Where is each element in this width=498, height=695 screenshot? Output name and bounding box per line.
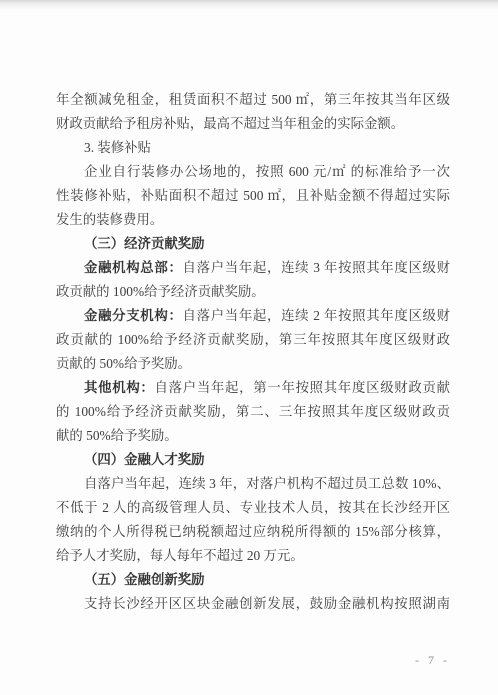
text-line: 3. 装修补贴 (56, 136, 450, 160)
text-line: 性装修补贴，补贴面积不超过 500 ㎡，且补贴金额不得超过实际 (56, 184, 450, 208)
text-line: 财政贡献给予租房补贴，最高不超过当年租金的实际金额。 (56, 112, 450, 136)
text-line: 发生的装修费用。 (56, 208, 450, 232)
paragraph-lead: 其他机构： (84, 380, 155, 395)
text-line: 缴纳的个人所得税已纳税额超过应纳税所得额的 15%部分核算， (56, 520, 450, 544)
page-number: - 7 - (415, 653, 450, 668)
text-line: 金融机构总部：自落户当年起，连续 3 年按照其年度区级财 (56, 256, 450, 280)
text-line: （四）金融人才奖励 (56, 448, 450, 472)
scan-top-edge (0, 0, 498, 10)
text-line: 献的 50%给予奖励。 (56, 424, 450, 448)
text-line: 政贡献的 100%给予经济贡献奖励，第三年按照其年度区级财政 (56, 328, 450, 352)
text-line: 的 100%给予经济贡献奖励，第二、三年按照其年度区级财政贡 (56, 400, 450, 424)
text-line: 年全额减免租金，租赁面积不超过 500 ㎡，第三年按其当年区级 (56, 88, 450, 112)
scanned-document-page: 年全额减免租金，租赁面积不超过 500 ㎡，第三年按其当年区级财政贡献给予租房补… (0, 0, 498, 695)
text-line: 给予人才奖励，每人每年不超过 20 万元。 (56, 544, 450, 568)
text-line: 政贡献的 100%给予经济贡献奖励。 (56, 280, 450, 304)
text-line: 企业自行装修办公场地的，按照 600 元/㎡ 的标准给予一次 (56, 160, 450, 184)
text-line: （五）金融创新奖励 (56, 568, 450, 592)
text-line: 其他机构：自落户当年起，第一年按照其年度区级财政贡献 (56, 376, 450, 400)
text-line: 贡献的 50%给予奖励。 (56, 352, 450, 376)
text-line: 支持长沙经开区区块金融创新发展，鼓励金融机构按照湖南 (56, 592, 450, 616)
paragraph-lead: 金融机构总部： (84, 260, 183, 275)
text-line: 自落户当年起，连续 3 年，对落户机构不超过员工总数 10%、 (56, 472, 450, 496)
text-line: 不低于 2 人的高级管理人员、专业技术人员，按其在长沙经开区 (56, 496, 450, 520)
text-line: （三）经济贡献奖励 (56, 232, 450, 256)
document-body: 年全额减免租金，租赁面积不超过 500 ㎡，第三年按其当年区级财政贡献给予租房补… (56, 88, 450, 616)
text-line: 金融分支机构：自落户当年起，连续 2 年按照其年度区级财 (56, 304, 450, 328)
paragraph-lead: 金融分支机构： (84, 308, 183, 323)
